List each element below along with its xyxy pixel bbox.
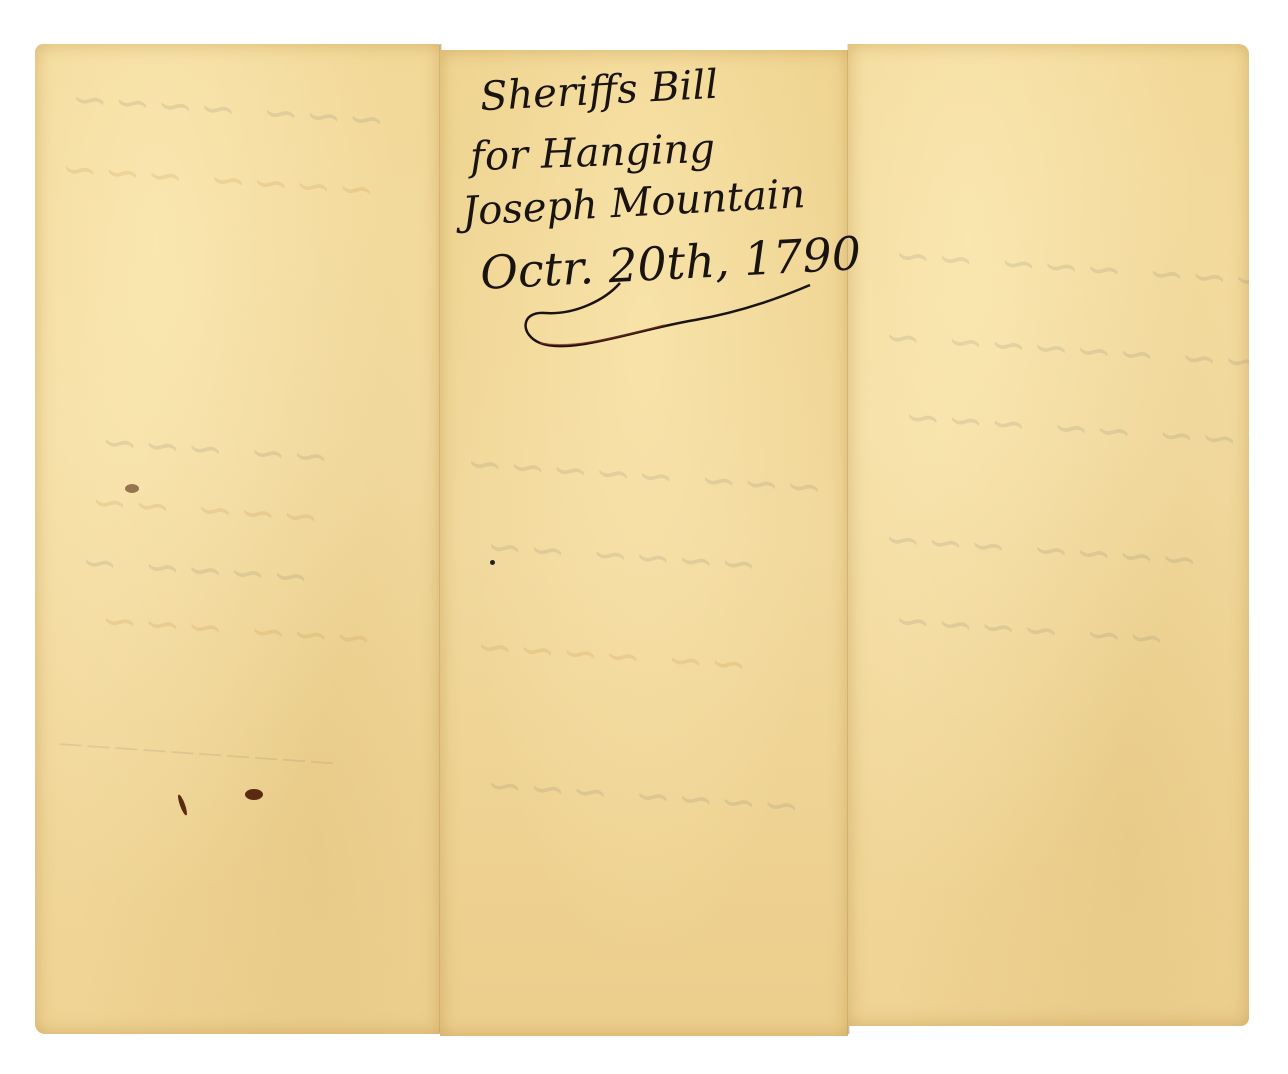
bleed-through-text: ~~~~ ~~~ ~~ [887,229,1249,310]
bleed-through-text: ~~ ~~~ [94,416,331,483]
right-panel: ~~~~ ~~~ ~~ ~~ ~~~~~ ~ ~~~ ~~ ~~~ ~~~~ ~… [848,44,1249,1026]
bleed-through-text: ~~~~ ~~~ [54,143,377,216]
bleed-through-text: ~~ ~~~~ [469,620,749,690]
bleed-through-text: ~~~~ ~~ [479,520,759,590]
ink-stain [245,789,263,800]
ink-stain [125,484,139,493]
ink-stain [176,794,188,816]
bleed-through-text: ~~~ ~~ [84,476,321,543]
bleed-through-text: ~~~~ ~~~ [877,513,1200,586]
bleed-through-text: ~~~ ~~~~ [64,73,387,146]
bleed-through-text: __________ [54,694,337,764]
left-panel: ~~~ ~~~~ ~~~~ ~~~ ~~ ~~~ ~~~ ~~ ~~~~ ~ ~… [35,44,440,1034]
bleed-through-text: ~~ ~~~~ [887,594,1167,664]
bleed-through-text: ~~ ~~~~~ ~ [877,311,1249,389]
bleed-through-text: ~~~~ ~ [74,536,311,603]
bleed-through-text: ~~~ ~~~ [94,594,374,664]
bleed-through-text: ~~~ ~~~~~ [459,437,825,513]
bleed-through-text: ~~~ ~~ ~~~ [897,391,1249,469]
bleed-through-text: ~~~~ ~~~ [479,759,802,832]
signature-flourish-icon [515,275,815,355]
docket-line-2: for Hanging [469,126,715,181]
ink-dot [490,560,495,565]
